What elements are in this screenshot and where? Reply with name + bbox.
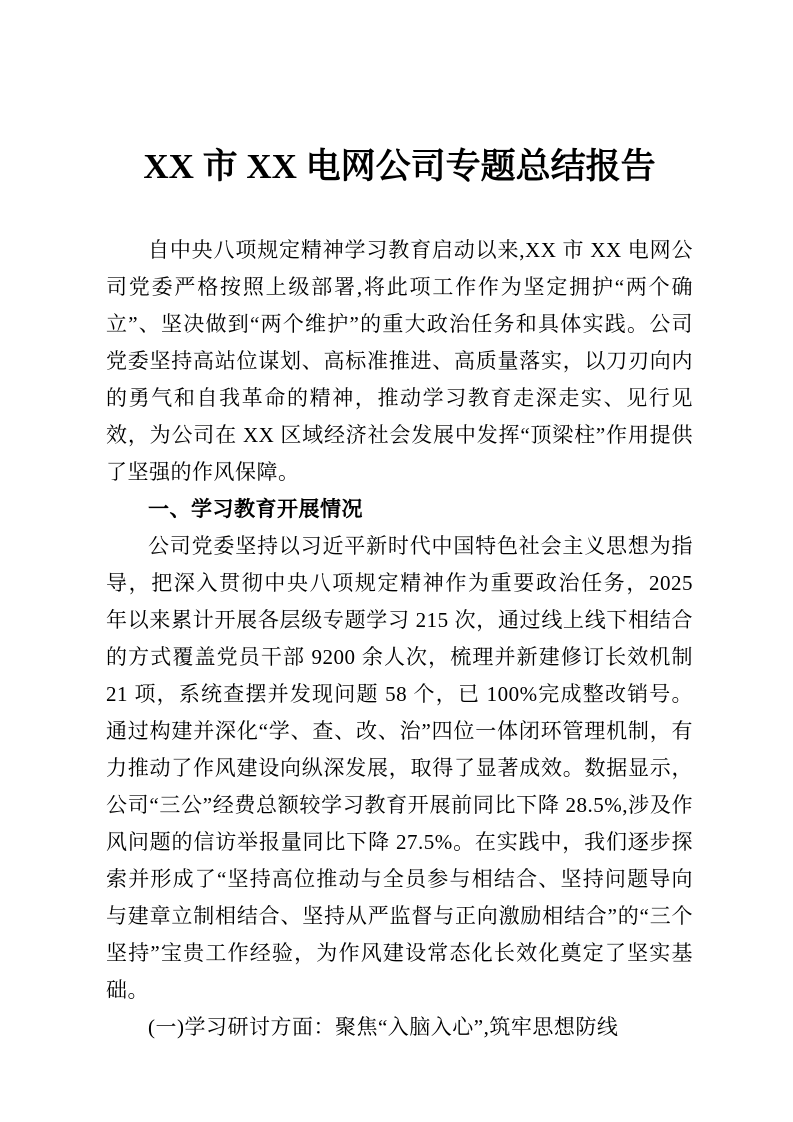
section-heading-1: 一、学习教育开展情况: [106, 491, 693, 528]
paragraph-section-1: 公司党委坚持以习近平新时代中国特色社会主义思想为指导，把深入贯彻中央八项规定精神…: [106, 528, 693, 1009]
document-page: XX 市 XX 电网公司专题总结报告 自中央八项规定精神学习教育启动以来,XX …: [0, 0, 793, 1122]
subsection-heading-1-1: (一)学习研讨方面：聚焦“入脑入心”,筑牢思想防线: [106, 1009, 693, 1046]
paragraph-intro: 自中央八项规定精神学习教育启动以来,XX 市 XX 电网公司党委严格按照上级部署…: [106, 232, 693, 491]
document-title: XX 市 XX 电网公司专题总结报告: [106, 143, 693, 191]
